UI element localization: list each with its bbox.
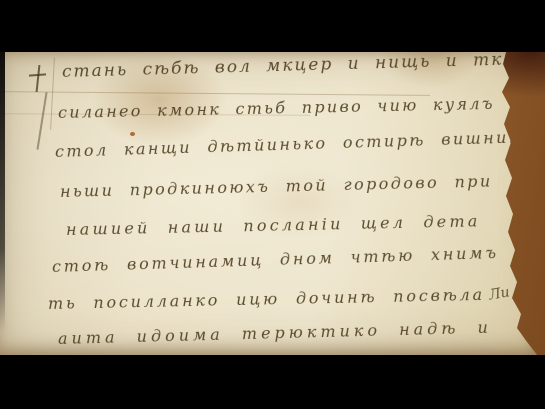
ruled-line xyxy=(50,58,55,130)
paper-crease xyxy=(0,91,430,96)
manuscript-line: ньши продкиноюхъ той городово при xyxy=(60,171,493,201)
manuscript-line: аита идоима терюктико надѣ и xyxy=(58,318,492,348)
manuscript-line: ть посилланко ицю дочинѣ посвѣла xyxy=(48,285,485,313)
cross-mark-tail xyxy=(36,92,47,150)
video-frame: стань сѣбѣ вол мкцер и нищь и ткоѣ силан… xyxy=(0,0,545,409)
manuscript-photo: стань сѣбѣ вол мкцер и нищь и ткоѣ силан… xyxy=(0,52,545,355)
letterbox-bottom xyxy=(0,355,545,409)
frame-edge-shadow xyxy=(0,52,5,355)
manuscript-line: стол канщи дѣтйинько остирѣ вишниѣ xyxy=(55,127,526,161)
letterbox-top xyxy=(0,0,545,52)
manuscript-line: нашией наши посланіи щел дета xyxy=(66,211,481,239)
ink-speck xyxy=(130,132,135,136)
marginal-note: Ли xyxy=(488,284,511,303)
manuscript-line: стань сѣбѣ вол мкцер и нищь и ткоѣ xyxy=(62,52,533,82)
manuscript-line: силанео кмонк стьб приво чию куялъ xyxy=(58,94,495,122)
manuscript-line: стоѣ вотчинамиц дном чтѣю хнимъ xyxy=(52,243,499,276)
cross-mark xyxy=(36,65,41,92)
manuscript-page: стань сѣбѣ вол мкцер и нищь и ткоѣ силан… xyxy=(0,52,545,355)
